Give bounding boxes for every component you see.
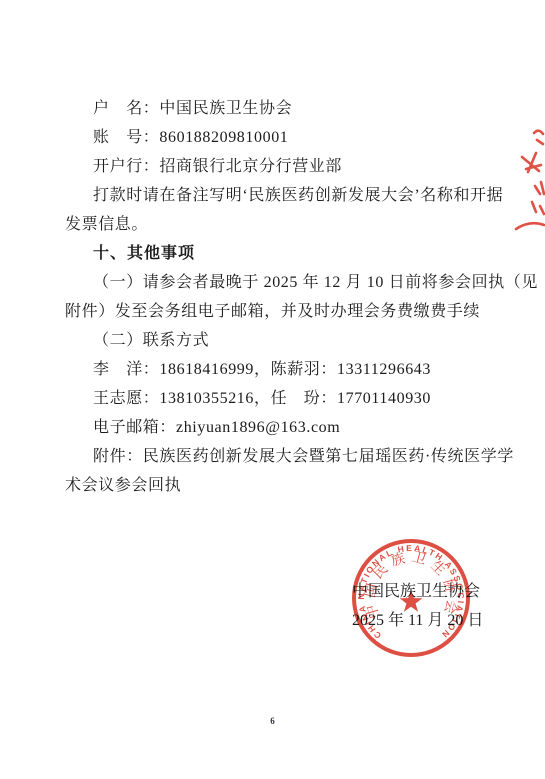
account-name-line: 户 名：中国民族卫生协会 — [65, 94, 485, 123]
account-number-line: 账 号：860188209810001 — [65, 123, 485, 152]
document-page: 户 名：中国民族卫生协会 账 号：860188209810001 开户行：招商银… — [0, 0, 545, 779]
bank-line: 开户行：招商银行北京分行营业部 — [65, 152, 485, 181]
edge-stamp-fragment — [503, 126, 545, 252]
signature-date: 2025 年 11 月 20 日 — [352, 606, 483, 635]
attachment-line: 附件：民族医药创新发展大会暨第七届瑶医药·传统医学学 — [65, 442, 485, 471]
item-one-line: （一）请参会者最晚于 2025 年 12 月 10 日前将参会回执（见 — [65, 268, 485, 297]
section-heading: 十、其他事项 — [65, 239, 485, 268]
contacts-line-1: 李 洋：18618416999，陈薪羽：13311296643 — [65, 355, 485, 384]
contacts-line-2: 王志愿：13810355216，任 玢：17701140930 — [65, 384, 485, 413]
attachment-line-cont: 术会议参会回执 — [65, 471, 485, 500]
page-number: 6 — [0, 716, 545, 726]
email-line: 电子邮箱：zhiyuan1896@163.com — [65, 413, 485, 442]
item-one-line-cont: 附件）发至会务组电子邮箱，并及时办理会务费缴费手续 — [65, 297, 485, 326]
document-body: 户 名：中国民族卫生协会 账 号：860188209810001 开户行：招商银… — [65, 94, 485, 500]
item-two-line: （二）联系方式 — [65, 326, 485, 355]
remark-line: 打款时请在备注写明‘民族医药创新发展大会’名称和开据 — [65, 181, 485, 210]
signature-org: 中国民族卫生协会 — [352, 577, 483, 606]
remark-line-cont: 发票信息。 — [65, 210, 485, 239]
signature-block: 中国民族卫生协会 2025 年 11 月 20 日 — [352, 577, 483, 635]
